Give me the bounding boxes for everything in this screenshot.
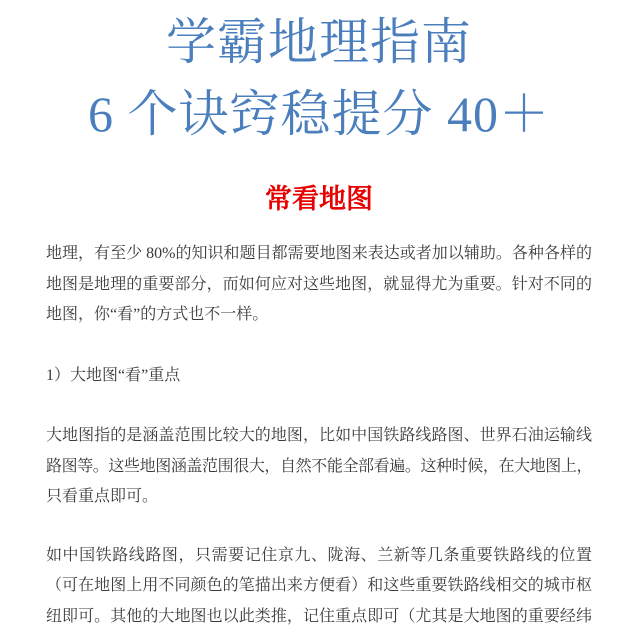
title-line-1: 学霸地理指南 [46, 6, 592, 78]
text-line: 地图，你“看”的方式也不一样。 [46, 300, 592, 331]
paragraph-intro: 地理，有至少 80%的知识和题目都需要地图来表达或者加以辅助。各种各样的 地图是… [46, 239, 592, 331]
text-line: （可在地图上用不同颜色的笔描出来方便看）和这些重要铁路线相交的城市枢 [46, 571, 592, 602]
text-line: 如中国铁路线路图，只需要记住京九、陇海、兰新等几条重要铁路线的位置 [46, 541, 592, 572]
text-line: 地图是地理的重要部分，而如何应对这些地图，就显得尤为重要。针对不同的 [46, 270, 592, 301]
document-page: 学霸地理指南 6 个诀窍稳提分 40＋ 常看地图 地理，有至少 80%的知识和题… [0, 0, 640, 634]
paragraph-big-maps: 大地图指的是涵盖范围比较大的地图，比如中国铁路线路图、世界石油运输线 路图等。这… [46, 421, 592, 513]
text-line: 只看重点即可。 [46, 482, 592, 513]
text-line: 地理，有至少 80%的知识和题目都需要地图来表达或者加以辅助。各种各样的 [46, 239, 592, 270]
title-line-2: 6 个诀窍稳提分 40＋ [46, 78, 592, 150]
text-line: 路图等。这些地图涵盖范围很大，自然不能全部看遍。这种时候，在大地图上， [46, 452, 592, 483]
document-title: 学霸地理指南 6 个诀窍稳提分 40＋ [46, 6, 592, 150]
paragraph-railway-example: 如中国铁路线路图，只需要记住京九、陇海、兰新等几条重要铁路线的位置 （可在地图上… [46, 541, 592, 633]
subsection-heading: 1）大地图“看”重点 [46, 361, 592, 392]
text-line: 纽即可。其他的大地图也以此类推，记住重点即可（尤其是大地图的重要经纬 [46, 602, 592, 633]
section-heading: 常看地图 [46, 182, 592, 216]
subsection-heading-block: 1）大地图“看”重点 [46, 361, 592, 392]
text-line: 大地图指的是涵盖范围比较大的地图，比如中国铁路线路图、世界石油运输线 [46, 421, 592, 452]
